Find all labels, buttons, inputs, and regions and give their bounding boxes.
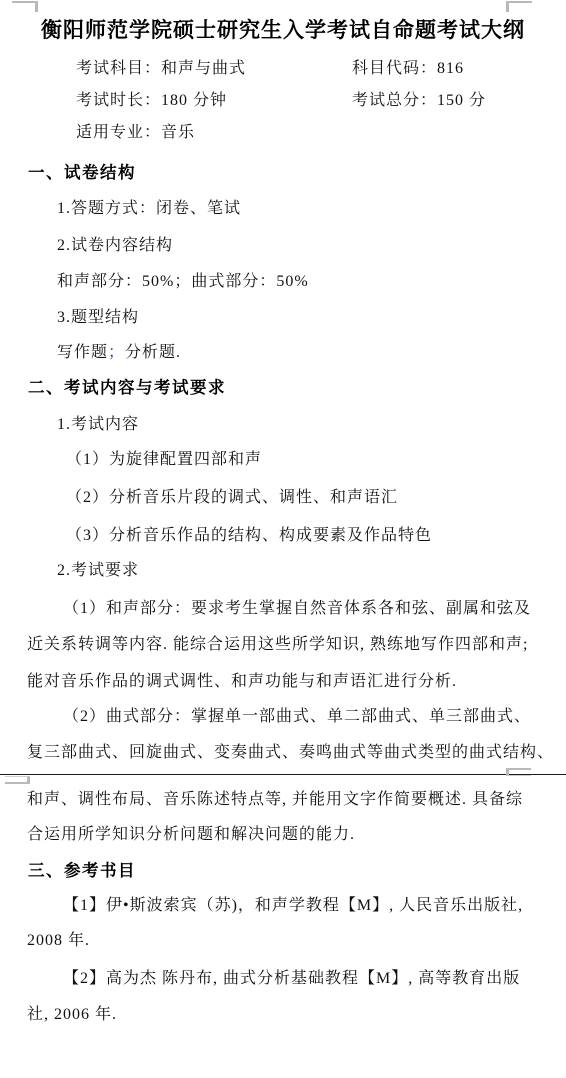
s3-reference1-line1: 【1】伊•斯波索宾（苏)，和声学教程【M】, 人民音乐出版社, [63,895,523,917]
meta-exam-duration: 考试时长：180 分钟 [76,90,227,112]
s2-content-item2: （2）分析音乐片段的调式、调性、和声语汇 [66,487,398,509]
s2-exam-require: 2.考试要求 [57,560,139,582]
margin-crop-mark-top-right [506,1,532,12]
margin-crop-mark-break-right [506,768,531,776]
s2-content-item3: （3）分析音乐作品的结构、构成要素及作品特色 [66,525,432,547]
s1-question-types-post: 分析题. [125,344,181,361]
section2-heading: 二、考试内容与考试要求 [28,377,226,399]
s2-require2-line1: （2）曲式部分：掌握单一部曲式、单二部曲式、单三部曲式、 [63,706,531,728]
page-title: 衡阳师范学院硕士研究生入学考试自命题考试大纲 [0,14,566,44]
margin-crop-mark-break-left [5,776,30,784]
s2-content-item1: （1）为旋律配置四部和声 [66,449,262,471]
s1-question-types: 写作题；分析题. [57,342,181,364]
s2-require1-line1: （1）和声部分：要求考生掌握自然音体系各和弦、副属和弦及 [63,598,531,620]
s1-blue-semicolon: ； [108,344,125,361]
s2-require1-line2: 近关系转调等内容. 能综合运用这些所学知识, 熟练地写作四部和声; [27,634,528,656]
margin-crop-mark-top-left [12,1,38,12]
meta-major: 适用专业：音乐 [76,122,195,144]
page-break-line [0,774,566,775]
s1-question-struct: 3.题型结构 [57,307,139,329]
s1-score-ratio: 和声部分：50%；曲式部分：50% [57,271,309,293]
document-page: 衡阳师范学院硕士研究生入学考试自命题考试大纲 考试科目：和声与曲式 科目代码：8… [0,0,566,1078]
s2-exam-content: 1.考试内容 [57,414,139,436]
section1-heading: 一、试卷结构 [28,162,136,184]
s1-answer-mode: 1.答题方式：闭卷、笔试 [57,198,241,220]
s2-require1-line3: 能对音乐作品的调式调性、和声功能与和声语汇进行分析. [27,671,457,693]
s1-content-struct: 2.试卷内容结构 [57,235,173,257]
s2-require2-line3: 和声、调性布局、音乐陈述特点等, 并能用文字作简要概述. 具备综 [27,789,523,811]
meta-exam-subject: 考试科目：和声与曲式 [76,58,246,80]
s3-reference2-line2: 社, 2006 年. [27,1004,117,1026]
s1-question-types-pre: 写作题 [57,344,108,361]
section3-heading: 三、参考书目 [28,860,136,882]
s2-require2-line4: 合运用所学知识分析问题和解决问题的能力. [27,824,355,846]
meta-subject-code: 科目代码：816 [352,58,464,80]
s2-require2-line2: 复三部曲式、回旋曲式、变奏曲式、奏鸣曲式等曲式类型的曲式结构、 [27,742,554,764]
meta-total-score: 考试总分：150 分 [352,90,486,112]
s3-reference1-line2: 2008 年. [27,930,90,952]
s3-reference2-line1: 【2】高为杰 陈丹布, 曲式分析基础教程【M】, 高等教育出版 [63,968,520,990]
